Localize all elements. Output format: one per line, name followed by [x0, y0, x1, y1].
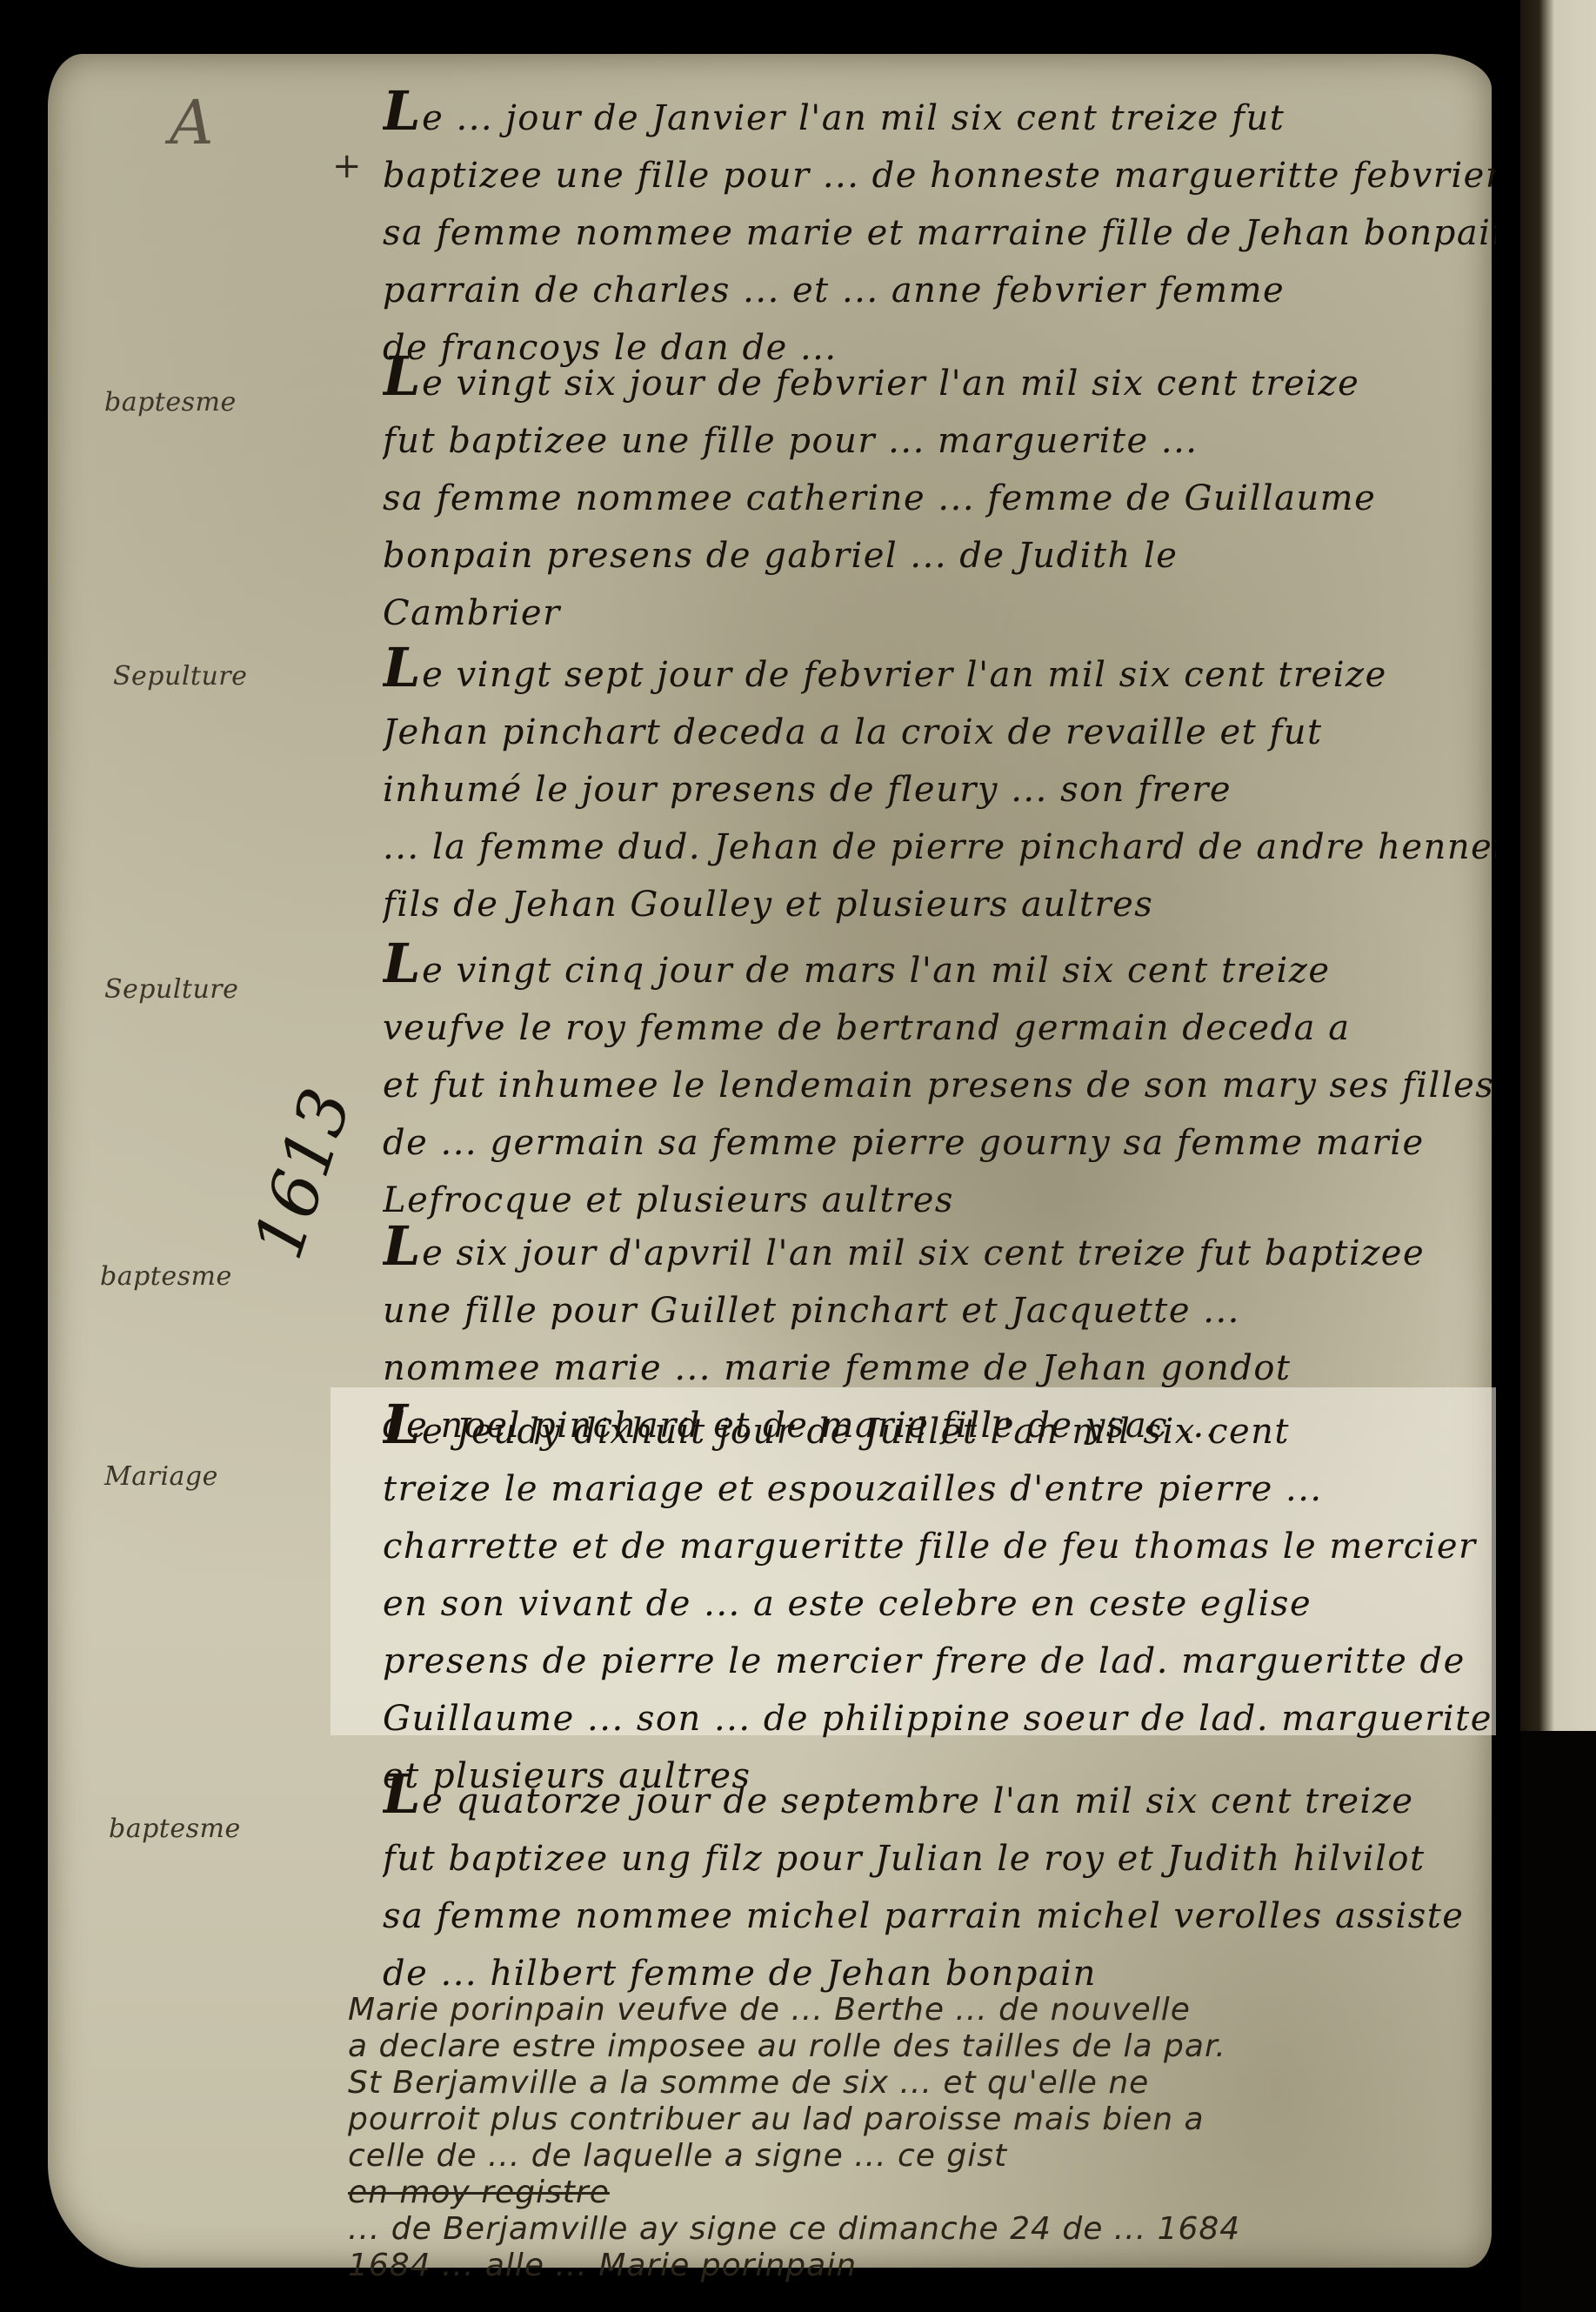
entry-line: Le six jour d'apvril l'an mil six cent t…: [383, 1218, 1496, 1282]
later-hand-note: Marie porinpain veufve de ... Berthe ...…: [348, 1992, 1513, 2284]
entry-line: ... la femme dud. Jehan de pierre pincha…: [383, 819, 1496, 876]
margin-label-marriage: Mariage: [104, 1461, 218, 1492]
cross-mark-icon: +: [332, 146, 362, 186]
entry-line: Le Jeudy dixhuit jour de Juillet l'an mi…: [383, 1396, 1496, 1460]
entry-line: presens de pierre le mercier frere de la…: [383, 1633, 1496, 1690]
entry-line: Le vingt cinq jour de mars l'an mil six …: [383, 935, 1496, 999]
entry-line: Le quatorze jour de septembre l'an mil s…: [383, 1766, 1496, 1830]
entry-line: bonpain presens de gabriel ... de Judith…: [383, 527, 1496, 585]
entry-line: charrette et de margueritte fille de feu…: [383, 1518, 1496, 1575]
entry-line: parrain de charles ... et ... anne febvr…: [383, 262, 1496, 319]
register-entry-4: Le vingt cinq jour de mars l'an mil six …: [383, 935, 1496, 1229]
note-line: St Berjamville a la somme de six ... et …: [348, 2065, 1513, 2102]
entry-line: de ... germain sa femme pierre gourny sa…: [383, 1114, 1496, 1172]
margin-label-burial-2: Sepulture: [104, 974, 238, 1005]
note-line: celle de ... de laquelle a signe ... ce …: [348, 2138, 1513, 2175]
note-line: ... de Berjamville ay signe ce dimanche …: [348, 2211, 1513, 2248]
note-line: pourroit plus contribuer au lad paroisse…: [348, 2102, 1513, 2138]
entry-line: Le ... jour de Janvier l'an mil six cent…: [383, 83, 1496, 147]
register-entry-3: Le vingt sept jour de febvrier l'an mil …: [383, 639, 1496, 933]
register-entry-7: Le quatorze jour de septembre l'an mil s…: [383, 1766, 1496, 2002]
entry-line: fut baptizee une fille pour ... margueri…: [383, 412, 1496, 470]
entry-line: en son vivant de ... a este celebre en c…: [383, 1575, 1496, 1633]
note-line: Marie porinpain veufve de ... Berthe ...…: [348, 1992, 1513, 2028]
entry-line: Guillaume ... son ... de philippine soeu…: [383, 1690, 1496, 1747]
entry-line: une fille pour Guillet pinchart et Jacqu…: [383, 1282, 1496, 1340]
entry-line: Jehan pinchart deceda a la croix de reva…: [383, 704, 1496, 761]
entry-line: fut baptizee ung filz pour Julian le roy…: [383, 1830, 1496, 1888]
signature-line: 1684 ... alle ... Marie porinpain: [348, 2248, 1513, 2284]
entry-line: treize le mariage et espouzailles d'entr…: [383, 1460, 1496, 1518]
entry-line: sa femme nommee michel parrain michel ve…: [383, 1888, 1496, 1945]
entry-line: et fut inhumee le lendemain presens de s…: [383, 1057, 1496, 1114]
margin-label-baptism-2: baptesme: [100, 1261, 232, 1292]
margin-label-burial-1: Sepulture: [113, 661, 247, 692]
entry-line: Le vingt six jour de febvrier l'an mil s…: [383, 348, 1496, 412]
corner-mark: A: [170, 87, 214, 158]
binding-edge: [1520, 0, 1596, 1731]
entry-line: sa femme nommee catherine ... femme de G…: [383, 470, 1496, 527]
entry-line: sa femme nommee marie et marraine fille …: [383, 204, 1496, 262]
register-entry-2: Le vingt six jour de febvrier l'an mil s…: [383, 348, 1496, 642]
register-entry-6-marriage: Le Jeudy dixhuit jour de Juillet l'an mi…: [383, 1396, 1496, 1805]
entry-line: fils de Jehan Goulley et plusieurs aultr…: [383, 876, 1496, 933]
entry-line: Le vingt sept jour de febvrier l'an mil …: [383, 639, 1496, 704]
margin-label-baptism-3: baptesme: [109, 1814, 241, 1844]
entry-line: inhumé le jour presens de fleury ... son…: [383, 761, 1496, 819]
entry-line: nommee marie ... marie femme de Jehan go…: [383, 1340, 1496, 1397]
note-line: a declare estre imposee au rolle des tai…: [348, 2028, 1513, 2065]
margin-label-baptism-1: baptesme: [104, 387, 237, 418]
entry-line: veufve le roy femme de bertrand germain …: [383, 999, 1496, 1057]
entry-line: Cambrier: [383, 585, 1496, 642]
entry-line: baptizee une fille pour ... de honneste …: [383, 147, 1496, 204]
page-top-edge: [0, 0, 1596, 61]
struck-out-line: en moy registre: [348, 2175, 1513, 2211]
binding-shadow: [1520, 1731, 1596, 2312]
register-entry-1: Le ... jour de Janvier l'an mil six cent…: [383, 83, 1496, 377]
